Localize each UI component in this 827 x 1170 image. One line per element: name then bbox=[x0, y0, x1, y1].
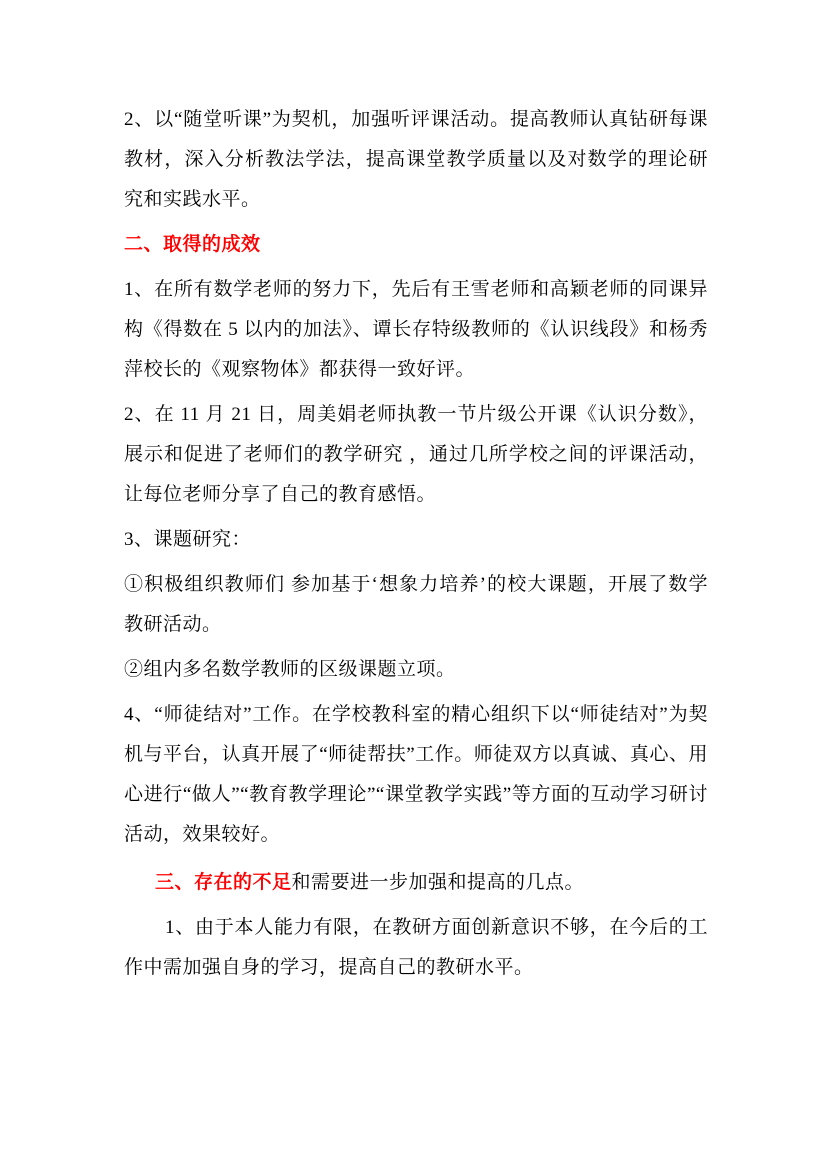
paragraph-open-class-nov21: 2、在 11 月 21 日，周美娟老师执教一节片级公开课《认识分数》，展示和促进… bbox=[124, 395, 708, 515]
document-page: 2、以“随堂听课”为契机，加强听评课活动。提高教师认真钻研每课教材，深入分析教法… bbox=[0, 0, 827, 1170]
document-body: 2、以“随堂听课”为契机，加强听评课活动。提高教师认真钻研每课教材，深入分析教法… bbox=[124, 100, 708, 993]
section-heading-shortcomings: 三、存在的不足 bbox=[155, 872, 292, 893]
paragraph-topic-research-label: 3、课题研究： bbox=[124, 520, 708, 560]
paragraph-same-lesson-different-design: 1、在所有数学老师的努力下，先后有王雪老师和高颖老师的同课异构《得数在 5 以内… bbox=[124, 270, 708, 390]
paragraph-personal-limitation: 1、由于本人能力有限，在教研方面创新意识不够，在今后的工作中需加强自身的学习，提… bbox=[124, 908, 708, 988]
paragraph-mentor-pairing: 4、“师徒结对”工作。在学校教科室的精心组织下以“师徒结对”为契机与平台，认真开… bbox=[124, 695, 708, 855]
paragraph-topic-research-item1: ①积极组织教师们 参加基于‘想象力培养’的校大课题，开展了数学教研活动。 bbox=[124, 565, 708, 645]
section-shortcomings-intro-text: 和需要进一步加强和提高的几点。 bbox=[292, 872, 585, 893]
section-heading-shortcomings-line: 三、存在的不足和需要进一步加强和提高的几点。 bbox=[124, 863, 708, 903]
section-heading-achievements: 二、取得的成效 bbox=[124, 225, 708, 265]
paragraph-listening-lessons: 2、以“随堂听课”为契机，加强听评课活动。提高教师认真钻研每课教材，深入分析教法… bbox=[124, 100, 708, 220]
paragraph-topic-research-item2: ②组内多名数学教师的区级课题立项。 bbox=[124, 650, 708, 690]
